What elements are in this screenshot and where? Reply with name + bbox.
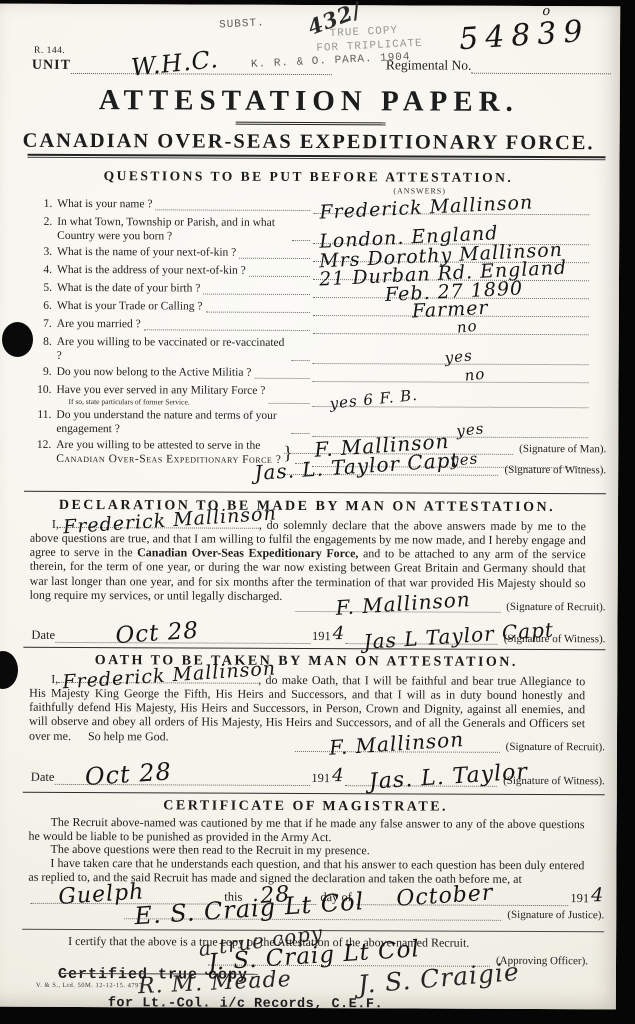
year-printed: 191	[309, 771, 332, 786]
year-handwriting: 4	[332, 765, 345, 786]
signature-of-witness-row: Jas. L. Taylor Capt (Signature of Witnes…	[284, 460, 606, 476]
question-text-line2: Canadian Over-Seas Expeditionary Force ?	[56, 453, 281, 466]
regimental-number-row: Regimental No. 54839 o	[386, 57, 611, 74]
questions-signature-block: F. Mallinson (Signature of Man). Jas. L.…	[284, 439, 606, 482]
question-number: 5.	[37, 281, 57, 297]
question-number: 8.	[37, 335, 57, 363]
question-subtext: If so, state particulars of former Servi…	[68, 397, 265, 407]
dotted-leader	[206, 312, 310, 313]
scanned-document-screen: R. 144. UNIT W.H.C. SUBST. TRUE COPY FOR…	[0, 0, 635, 1024]
approval-section: I certify that the above is a true copy …	[28, 934, 588, 951]
question-text: Do you understand the nature and terms o…	[56, 408, 288, 437]
question-number: 3.	[37, 245, 57, 261]
witness-fill-line: Jas. L. Taylor	[345, 772, 498, 787]
year-printed: 191	[310, 629, 333, 644]
dotted-leader	[291, 433, 309, 434]
signature-line: F. Mallinson	[295, 737, 500, 753]
question-row-9: 9.Do you now belong to the Active Militi…	[37, 365, 589, 383]
question-number: 12.	[36, 438, 56, 466]
unit-label: UNIT	[32, 58, 71, 74]
force-name-bold: Canadian Over-Seas Expeditionary Force,	[137, 546, 358, 561]
dotted-leader	[254, 378, 309, 379]
question-text: Are you willing to be vaccinated or re-v…	[57, 335, 289, 364]
hole-punch-mark	[2, 322, 33, 357]
answer-line: yes	[313, 350, 589, 365]
declaration-signature-block: F. Mallinson (Signature of Recruit).	[296, 597, 606, 619]
answer-handwriting: no	[464, 365, 486, 385]
question-text: What is the address of your next-of-kin …	[57, 263, 246, 280]
dotted-leader	[292, 240, 310, 241]
divider	[24, 491, 606, 495]
question-number: 1.	[37, 197, 57, 213]
oath-intro: I,	[51, 672, 58, 686]
unit-handwritten-value: W.H.C.	[130, 45, 220, 82]
divider	[23, 647, 605, 651]
answer-line: no	[313, 320, 589, 335]
date-handwriting: Oct 28	[114, 618, 199, 649]
recruit-signature-row: F. Mallinson (Signature of Recruit).	[295, 737, 605, 753]
name-fill-line: Frederick Mallinson	[58, 670, 258, 684]
question-number: 7.	[37, 317, 57, 333]
dotted-leader	[268, 403, 309, 404]
year-printed: 191	[568, 891, 591, 906]
question-row-1: 1.What is your name ? Frederick Mallinso…	[37, 197, 589, 215]
question-row-5: 5.What is the date of your birth ? Feb. …	[37, 281, 589, 299]
declaration-date-row: Date Oct 28 191 4 Jas L Taylor Capt (Sig…	[31, 622, 605, 646]
regimental-number-label: Regimental No.	[386, 57, 472, 73]
date-label: Date	[31, 628, 55, 643]
form-number: R. 144.	[34, 46, 65, 56]
signature-line: F. Mallinson	[296, 597, 501, 613]
question-number: 11.	[36, 408, 56, 436]
answer-line: no	[313, 368, 589, 383]
oath-signature-block: F. Mallinson (Signature of Recruit).	[295, 737, 605, 759]
question-text: What is the date of your birth ?	[57, 281, 200, 298]
year-handwriting: 4	[333, 623, 346, 644]
oath-witness-handwriting: Jas. L. Taylor	[368, 759, 528, 794]
question-number: 9.	[37, 365, 57, 381]
question-text: Are you willing to be attested to serve …	[56, 438, 281, 467]
name-fill-line: Frederick Mallinson	[59, 515, 259, 529]
questions-heading: QUESTIONS TO BE PUT BEFORE ATTESTATION.	[0, 168, 619, 187]
answer-line: 21 Durban Rd. England	[313, 266, 589, 281]
answer-line: yes 6 F. B.	[312, 393, 588, 408]
signature-of-man-label: (Signature of Man).	[513, 443, 606, 455]
date-handwriting: Oct 28	[84, 757, 173, 791]
dotted-leader	[292, 360, 310, 361]
regimental-number-value: 54839	[458, 14, 590, 57]
justice-signature-row: E. S. Craig Lt Col (Signature of Justice…	[124, 904, 604, 921]
question-text: In what Town, Township or Parish, and in…	[57, 215, 289, 244]
questions-list: 1.What is your name ? Frederick Mallinso…	[36, 197, 589, 471]
dotted-leader	[239, 258, 310, 259]
question-row-11: 11.Do you understand the nature and term…	[36, 408, 588, 438]
document-subtitle: CANADIAN OVER-SEAS EXPEDITIONARY FORCE.	[0, 130, 620, 156]
signature-of-recruit-label: (Signature of Recruit).	[500, 601, 605, 613]
dotted-leader	[203, 294, 310, 295]
answer-handwriting: Farmer	[412, 297, 490, 323]
dotted-leader	[249, 276, 310, 277]
answer-line: Frederick Mallinson	[313, 200, 589, 215]
date-label: Date	[31, 770, 55, 785]
regimental-number-superscript: o	[542, 4, 551, 19]
question-text: What is your Trade or Calling ?	[57, 299, 203, 316]
attestation-paper-page: R. 144. UNIT W.H.C. SUBST. TRUE COPY FOR…	[0, 4, 620, 1010]
approving-officer-row: J. S. Craig Lt Col (Approving Officer).	[208, 951, 588, 968]
witness-fill-line: Jas L Taylor Capt	[345, 630, 498, 645]
answer-handwriting: yes	[444, 346, 474, 367]
question-row-8: 8.Are you willing to be vaccinated or re…	[37, 335, 589, 365]
title-underline	[236, 122, 386, 126]
question-text: What is your name ?	[57, 197, 152, 213]
month-fill-line: October	[356, 891, 569, 906]
magistrate-paragraph-1: The Recruit above-named was cautioned by…	[29, 815, 585, 846]
so-help-me-god: So help me God.	[88, 729, 169, 743]
year-handwriting: 4	[591, 884, 604, 906]
question-number: 2.	[37, 215, 57, 243]
date-fill-line: Oct 28	[55, 629, 310, 644]
question-text: Do you now belong to the Active Militia …	[57, 365, 252, 382]
question-text: Have you ever served in any Military For…	[56, 383, 265, 407]
oath-date-row: Date Oct 28 191 4 Jas. L. Taylor (Signat…	[31, 764, 605, 788]
magistrate-heading: CERTIFICATE OF MAGISTRATE.	[0, 798, 617, 817]
oath-paragraph: I,Frederick Mallinson, do make Oath, tha…	[29, 670, 585, 745]
answer-line: Farmer	[313, 302, 589, 317]
question-row-7: 7.Are you married ? no	[37, 317, 589, 335]
date-fill-line: Oct 28	[54, 771, 309, 786]
question-text: What is the name of your next-of-kin ?	[57, 245, 236, 262]
signature-of-witness-label: (Signature of Witness).	[498, 464, 606, 476]
question-row-6: 6.What is your Trade or Calling ? Farmer	[37, 299, 589, 317]
answer-handwriting: yes	[455, 420, 485, 441]
dotted-leader	[155, 209, 310, 211]
dotted-leader	[144, 329, 310, 331]
question-number: 4.	[37, 263, 57, 279]
declaration-intro: I,	[52, 517, 59, 531]
question-text: Are you married ?	[57, 317, 141, 333]
answer-handwriting: no	[455, 317, 477, 337]
divider	[23, 792, 605, 796]
question-number: 6.	[37, 299, 57, 315]
recruit-signature-row: F. Mallinson (Signature of Recruit).	[296, 597, 606, 613]
question-number: 10.	[36, 383, 56, 406]
document-title: ATTESTATION PAPER.	[0, 84, 620, 120]
question-row-10: 10.Have you ever served in any Military …	[36, 383, 588, 409]
declaration-paragraph: I,Frederick Mallinson, do solemnly decla…	[30, 515, 586, 604]
answers-column-label: (ANSWERS)	[393, 186, 446, 195]
printer-imprint: V. & S., Ltd. 50M. 12-12-15. 4797.	[36, 982, 145, 989]
signature-of-justice-label: (Signature of Justice).	[501, 909, 604, 921]
regimental-fill-line: 54839 o	[471, 62, 611, 75]
signature-of-recruit-label: (Signature of Recruit).	[500, 741, 605, 753]
